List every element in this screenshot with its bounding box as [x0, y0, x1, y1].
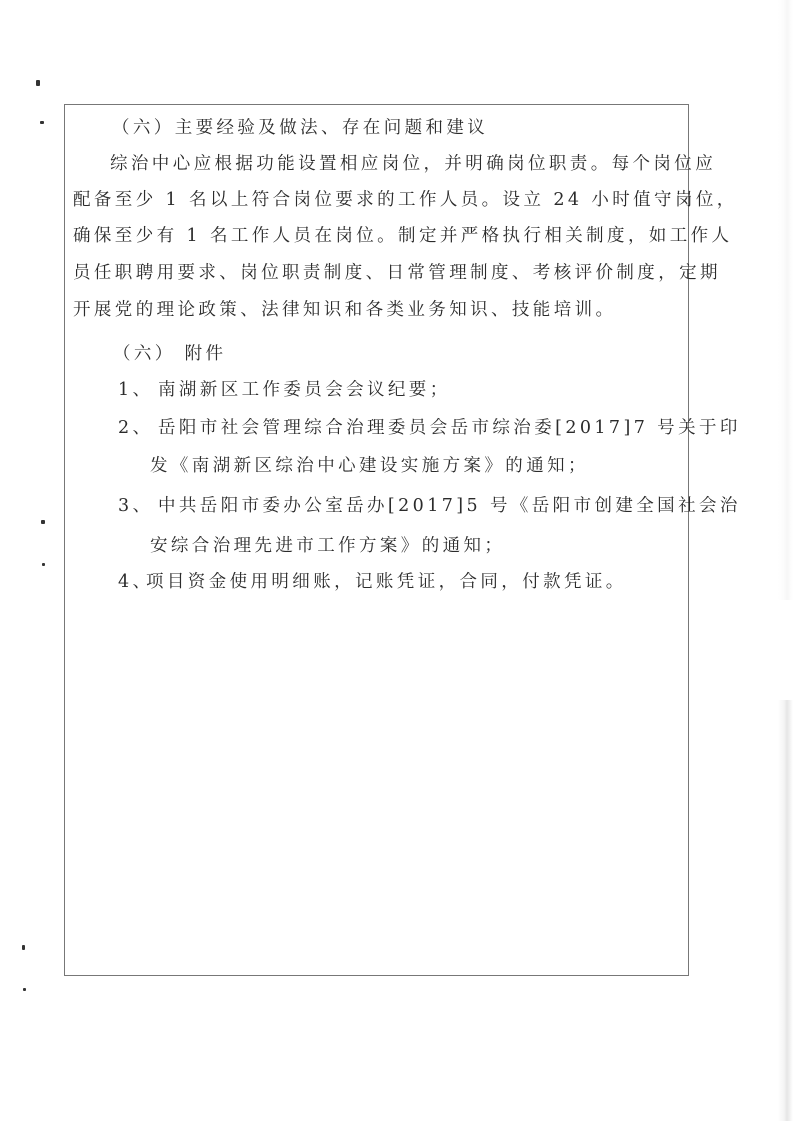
scan-speck	[23, 988, 26, 991]
attachment-number: 3、	[118, 495, 153, 517]
scan-speck	[41, 520, 45, 524]
scan-speck	[36, 80, 40, 86]
scan-edge-shadow	[778, 700, 793, 1121]
paragraph-line: 综治中心应根据功能设置相应岗位，并明确岗位职责。每个岗位应	[110, 153, 716, 175]
paragraph-line: 配备至少 1 名以上符合岗位要求的工作人员。设立 24 小时值守岗位，	[73, 189, 738, 211]
paragraph-line: 确保至少有 1 名工作人员在岗位。制定并严格执行相关制度，如工作人	[73, 225, 732, 247]
scan-speck	[40, 121, 44, 124]
scan-speck	[42, 563, 45, 566]
attachment-line: 南湖新区工作委员会会议纪要；	[158, 379, 451, 401]
paragraph-line: 员任职聘用要求、岗位职责制度、日常管理制度、考核评价制度，定期	[73, 262, 721, 284]
attachment-line: 中共岳阳市委办公室岳办[2017]5 号《岳阳市创建全国社会治	[158, 495, 741, 517]
attachments-heading: （六） 附件	[113, 343, 226, 365]
attachment-line: 安综合治理先进市工作方案》的通知；	[150, 535, 505, 557]
attachment-number: 1、	[118, 379, 153, 401]
scan-speck	[22, 945, 25, 950]
section-heading: （六）主要经验及做法、存在问题和建议	[112, 117, 488, 139]
paragraph-line: 开展党的理论政策、法律知识和各类业务知识、技能培训。	[73, 299, 616, 321]
scan-edge-shadow	[778, 0, 793, 600]
attachment-line: 项目资金使用明细账，记账凭证，合同，付款凭证。	[146, 571, 627, 593]
attachment-line: 发《南湖新区综治中心建设实施方案》的通知；	[150, 455, 589, 477]
attachment-number: 2、	[118, 417, 153, 439]
attachment-line: 岳阳市社会管理综合治理委员会岳市综治委[2017]7 号关于印	[158, 417, 741, 439]
